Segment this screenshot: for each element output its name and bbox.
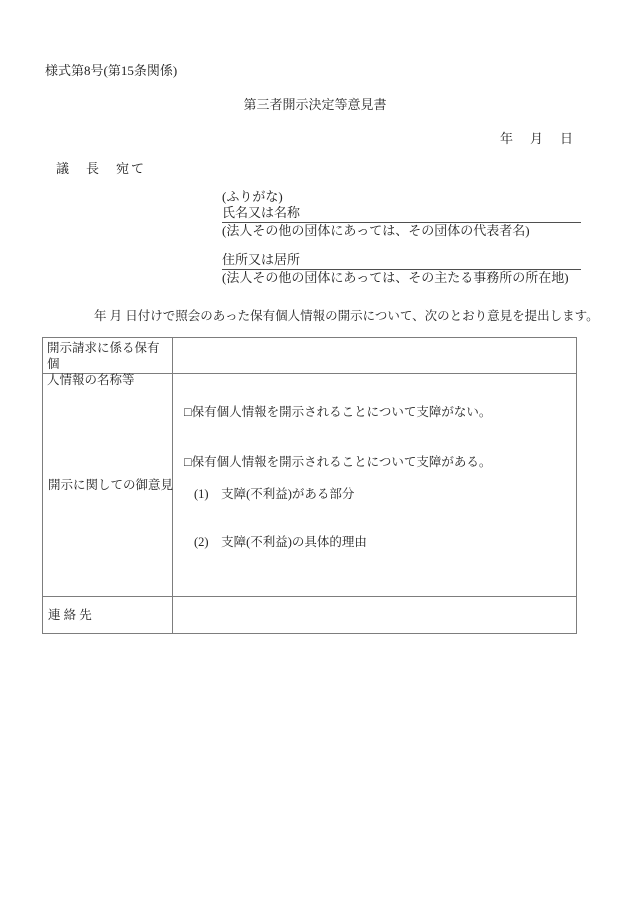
- option-no-objection-label: 保有個人情報を開示されることについて支障がない。: [192, 405, 492, 419]
- name-input-line[interactable]: 氏名又は名称: [222, 205, 581, 223]
- name-field-block: (ふりがな) 氏名又は名称 (法人その他の団体にあっては、その団体の代表者名): [222, 189, 581, 239]
- address-field-block: 住所又は居所 (法人その他の団体にあっては、その主たる事務所の所在地): [222, 252, 581, 286]
- objection-part-item: (1) 支障(不利益)がある部分: [173, 487, 576, 502]
- opinion-table: 開示請求に係る保有個 人情報の名称等 開示に関しての御意見 □保有個人情報を開示…: [42, 337, 577, 634]
- row-label-personal-info-name: 開示請求に係る保有個 人情報の名称等: [43, 338, 173, 373]
- name-label: 氏名又は名称: [222, 205, 300, 220]
- opinion-cell: □保有個人情報を開示されることについて支障がない。 □保有個人情報を開示されるこ…: [173, 374, 576, 596]
- address-label: 住所又は居所: [222, 252, 300, 267]
- page-title: 第三者開示決定等意見書: [0, 94, 630, 113]
- option-objection-label: 保有個人情報を開示されることについて支障がある。: [192, 455, 492, 469]
- table-row: 開示に関しての御意見 □保有個人情報を開示されることについて支障がない。 □保有…: [43, 374, 576, 597]
- date-line: 年 月 日: [500, 128, 575, 147]
- row-label-contact: 連 絡 先: [43, 597, 173, 633]
- objection-reason-item: (2) 支障(不利益)の具体的理由: [173, 535, 576, 550]
- name-note: (法人その他の団体にあっては、その団体の代表者名): [222, 223, 581, 239]
- personal-info-name-cell[interactable]: [173, 338, 576, 373]
- address-note: (法人その他の団体にあっては、その主たる事務所の所在地): [222, 270, 581, 286]
- address-input-line[interactable]: 住所又は居所: [222, 252, 581, 270]
- table-row: 連 絡 先: [43, 597, 576, 633]
- addressee-line: 議 長 宛て: [56, 158, 146, 177]
- furigana-label: (ふりがな): [222, 189, 581, 205]
- checkbox-no-objection[interactable]: □: [184, 405, 192, 419]
- document-page: 様式第8号(第15条関係) 第三者開示決定等意見書 年 月 日 議 長 宛て (…: [0, 0, 630, 903]
- contact-cell[interactable]: [173, 597, 576, 633]
- form-number: 様式第8号(第15条関係): [45, 60, 177, 79]
- checkbox-objection[interactable]: □: [184, 455, 192, 469]
- table-row: 開示請求に係る保有個 人情報の名称等: [43, 338, 576, 374]
- body-paragraph: 年 月 日付けで照会のあった保有個人情報の開示について、次のとおり意見を提出しま…: [94, 306, 599, 324]
- row-label-opinion: 開示に関しての御意見: [43, 374, 173, 596]
